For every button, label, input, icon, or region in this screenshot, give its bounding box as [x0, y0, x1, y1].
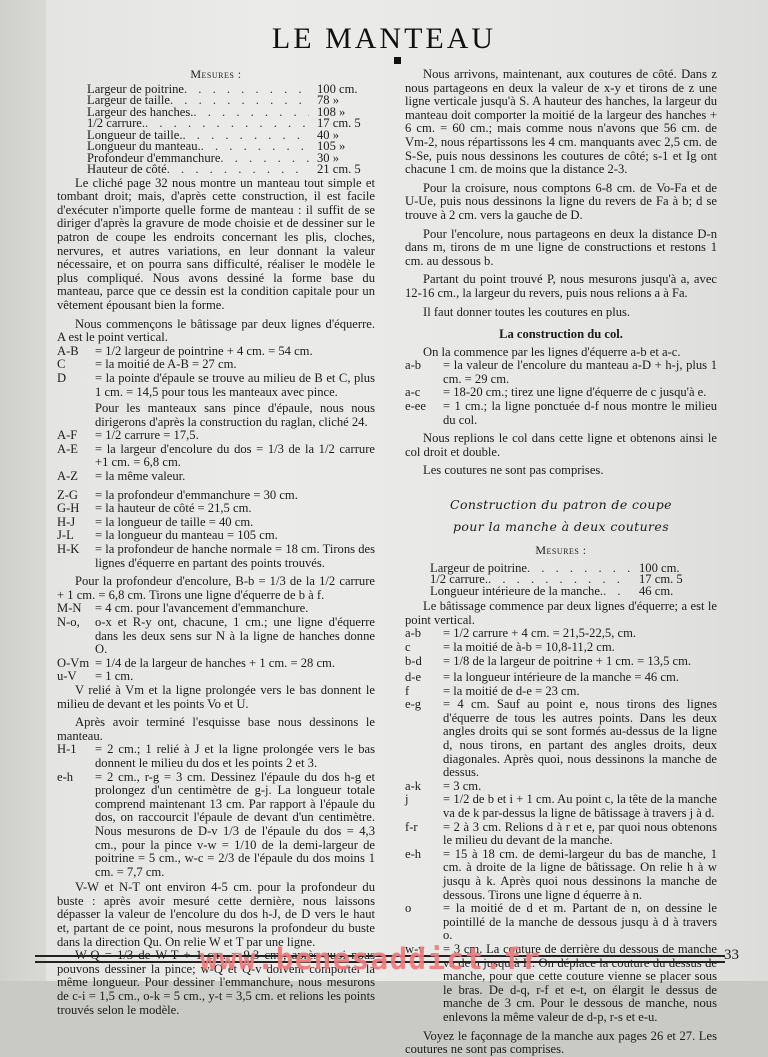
definition-key: J-L: [57, 529, 95, 543]
definition-key: H-1: [57, 743, 95, 770]
measures-table: Largeur de poitrine . . . . . . . . . . …: [57, 83, 375, 175]
measure-value: 17 cm. 5: [631, 573, 697, 585]
definition-value: = 1/2 largeur de pointrine + 4 cm. = 54 …: [95, 345, 375, 359]
definition-key: A-Z: [57, 470, 95, 484]
definition-value: = 1/8 de la largeur de poitrine + 1 cm. …: [443, 655, 717, 669]
definition-key: A-E: [57, 443, 95, 470]
definition-value: = la longueur intérieure de la manche = …: [443, 671, 717, 685]
definition-row: e-ee= 1 cm.; la ligne ponctuée d-f nous …: [405, 400, 717, 427]
measures-heading: Mesures :: [57, 68, 375, 82]
sleeve-heading-line-2: pour la manche à deux coutures: [405, 516, 717, 538]
leader-dots: . . . . . . . . . . . . . . . . . . . . …: [145, 117, 309, 129]
definition-key: j: [405, 793, 443, 820]
definition-row: d-e= la longueur intérieure de la manche…: [405, 671, 717, 685]
measure-row: 1/2 carrure. . . . . . . . . . . . . . .…: [430, 573, 697, 585]
definition-key: o: [405, 902, 443, 943]
definition-row: a-b= 1/2 carrure + 4 cm. = 21,5-22,5, cm…: [405, 627, 717, 641]
coutures-plus-paragraph: Il faut donner toutes les coutures en pl…: [405, 306, 717, 320]
measure-label: Longueur intérieure de la manche.: [430, 585, 603, 597]
definition-key: d-e: [405, 671, 443, 685]
definition-value: = 1/2 de b et i + 1 cm. Au point c, la t…: [443, 793, 717, 820]
measure-label: Largeur de taille: [87, 94, 170, 106]
definition-value: = 1 cm.; la ligne ponctuée d-f nous mont…: [443, 400, 717, 427]
definition-key: M-N: [57, 602, 95, 616]
definition-value: = 15 à 18 cm. de demi-largeur du bas de …: [443, 848, 717, 902]
definition-value: = la largeur d'encolure du dos = 1/3 de …: [95, 443, 375, 470]
measure-row: Hauteur de côté . . . . . . . . . . . . …: [87, 163, 375, 175]
leader-dots: . . . . . . . . . . . . . . . . . . . . …: [184, 83, 309, 95]
definition-key: b-d: [405, 655, 443, 669]
definition-key: e-g: [405, 698, 443, 780]
sleeve-definitions-2: d-e= la longueur intérieure de la manche…: [405, 671, 717, 981]
page-title: LE MANTEAU: [0, 22, 768, 56]
definition-value: = 1/4 de la largeur de hanches + 1 cm. =…: [95, 657, 375, 671]
definition-row: c= la moitié de à-b = 10,8-11,2 cm.: [405, 641, 717, 655]
definitions-group-4: M-N= 4 cm. pour l'avancement d'emmanchur…: [57, 602, 375, 684]
measure-label: 1/2 carrure.: [87, 117, 145, 129]
leader-dots: . . . . . . . . . . . . . . . . . . . . …: [201, 140, 309, 152]
measure-value: 21 cm. 5: [309, 163, 375, 175]
definition-row: H-K= la profondeur de hanche normale = 1…: [57, 543, 375, 570]
definition-row: M-N= 4 cm. pour l'avancement d'emmanchur…: [57, 602, 375, 616]
measure-label: Longueur du manteau.: [87, 140, 201, 152]
leader-dots: . . . . . . . . . . . . . . . . . . . . …: [167, 163, 309, 175]
definition-key: O-Vm: [57, 657, 95, 671]
definition-row: O-Vm= 1/4 de la largeur de hanches + 1 c…: [57, 657, 375, 671]
sleeve-batissage: Le bâtissage commence par deux lignes d'…: [405, 600, 717, 627]
definition-value: = la hauteur de côté = 21,5 cm.: [95, 502, 375, 516]
definition-value: = la moitié de d et m. Partant de n, on …: [443, 902, 717, 943]
measure-row: Largeur de taille . . . . . . . . . . . …: [87, 94, 375, 106]
definition-row: N-o,o-x et R-y ont, chacune, 1 cm.; une …: [57, 616, 375, 657]
definition-value: = 2 cm.; 1 relié à J et la ligne prolong…: [95, 743, 375, 770]
title-bullet-icon: [394, 57, 401, 64]
definition-row: A-B= 1/2 largeur de pointrine + 4 cm. = …: [57, 345, 375, 359]
definitions-group-2: A-F= 1/2 carrure = 17,5.A-E= la largeur …: [57, 429, 375, 483]
definition-key: C: [57, 358, 95, 372]
definition-key: e-ee: [405, 400, 443, 427]
definition-row: j= 1/2 de b et i + 1 cm. Au point c, la …: [405, 793, 717, 820]
watermark: www.benesaddict.fr: [200, 942, 541, 976]
croisure-paragraph: Pour la croisure, nous comptons 6-8 cm. …: [405, 182, 717, 223]
leader-dots: . . . . . . . . . . . . . . . . . . . . …: [170, 94, 309, 106]
definition-value: = 3 cm.: [443, 780, 717, 794]
col-intro: On la commence par les lignes d'équerre …: [405, 346, 717, 360]
definitions-group-3: Z-G= la profondeur d'emmanchure = 30 cm.…: [57, 489, 375, 571]
definition-row: H-1= 2 cm.; 1 relié à J et la ligne prol…: [57, 743, 375, 770]
definition-row: a-b= la valeur de l'encolure du manteau …: [405, 359, 717, 386]
col-definitions: a-b= la valeur de l'encolure du manteau …: [405, 359, 717, 427]
right-column: Nous arrivons, maintenant, aux coutures …: [405, 68, 717, 981]
sleeve-measures-heading: Mesures :: [405, 544, 717, 558]
definitions-group-5: H-1= 2 cm.; 1 relié à J et la ligne prol…: [57, 743, 375, 879]
definition-key: a-b: [405, 359, 443, 386]
encolure-paragraph: Pour la profondeur d'encolure, B-b = 1/3…: [57, 575, 375, 602]
definition-key: D: [57, 372, 95, 399]
encolure-paragraph: Pour l'encolure, nous partageons en deux…: [405, 228, 717, 269]
leader-dots: . . . . . . . . . . . . . . . . . . . . …: [527, 562, 631, 574]
measure-value: 46 cm.: [631, 585, 697, 597]
definition-row: H-J= la longueur de taille = 40 cm.: [57, 516, 375, 530]
definition-key: c: [405, 641, 443, 655]
definition-value: = la moitié de A-B = 27 cm.: [95, 358, 375, 372]
definition-value: = 2 cm., r-g = 3 cm. Dessinez l'épaule d…: [95, 771, 375, 880]
definition-value: = 2 à 3 cm. Relions d à r et e, par quoi…: [443, 821, 717, 848]
definition-value: = la pointe d'épaule se trouve au milieu…: [95, 372, 375, 399]
definition-row: A-E= la largeur d'encolure du dos = 1/3 …: [57, 443, 375, 470]
definition-key: f-r: [405, 821, 443, 848]
measure-label: 1/2 carrure.: [430, 573, 488, 585]
definition-row: e-g= 4 cm. Sauf au point e, nous tirons …: [405, 698, 717, 780]
definition-key: f: [405, 685, 443, 699]
definition-row: A-F= 1/2 carrure = 17,5.: [57, 429, 375, 443]
leader-dots: . . . . . . . . . . . . . . . . . . . . …: [488, 573, 631, 585]
col-heading: La construction du col.: [405, 328, 717, 342]
raglan-note: Pour les manteaux sans pince d'épaule, n…: [57, 402, 375, 429]
measure-label: Hauteur de côté: [87, 163, 167, 175]
col-replions: Nous replions le col dans cette ligne et…: [405, 432, 717, 459]
definition-key: H-K: [57, 543, 95, 570]
apres-paragraph: Après avoir terminé l'esquisse base nous…: [57, 716, 375, 743]
definition-key: A-F: [57, 429, 95, 443]
definition-row: Z-G= la profondeur d'emmanchure = 30 cm.: [57, 489, 375, 503]
definition-row: C= la moitié de A-B = 27 cm.: [57, 358, 375, 372]
point-p-paragraph: Partant du point trouvé P, nous mesurons…: [405, 273, 717, 300]
col-coutures: Les coutures ne sont pas comprises.: [405, 464, 717, 478]
definition-row: u-V= 1 cm.: [57, 670, 375, 684]
definition-value: = la longueur du manteau = 105 cm.: [95, 529, 375, 543]
definition-row: J-L= la longueur du manteau = 105 cm.: [57, 529, 375, 543]
definition-key: Z-G: [57, 489, 95, 503]
definitions-group-1: A-B= 1/2 largeur de pointrine + 4 cm. = …: [57, 345, 375, 399]
definition-row: a-c= 18-20 cm.; tirez une ligne d'équerr…: [405, 386, 717, 400]
definition-row: A-Z= la même valeur.: [57, 470, 375, 484]
definition-row: e-h= 15 à 18 cm. de demi-largeur du bas …: [405, 848, 717, 902]
definition-key: N-o,: [57, 616, 95, 657]
definition-value: = la valeur de l'encolure du manteau a-D…: [443, 359, 717, 386]
measure-row: 1/2 carrure. . . . . . . . . . . . . . .…: [87, 117, 375, 129]
intro-paragraph: Le cliché page 32 nous montre un manteau…: [57, 177, 375, 313]
definition-value: = la longueur de taille = 40 cm.: [95, 516, 375, 530]
leader-dots: . . . . . . . . . . . . . . . . . . . . …: [193, 106, 309, 118]
definition-value: o-x et R-y ont, chacune, 1 cm.; une lign…: [95, 616, 375, 657]
definition-key: G-H: [57, 502, 95, 516]
leader-dots: . . . . . . . . . . . . . . . . . . . . …: [220, 152, 309, 164]
sleeve-definitions-1: a-b= 1/2 carrure + 4 cm. = 21,5-22,5, cm…: [405, 627, 717, 668]
definition-value: = 1/2 carrure + 4 cm. = 21,5-22,5, cm.: [443, 627, 717, 641]
definition-row: D= la pointe d'épaule se trouve au milie…: [57, 372, 375, 399]
measure-value: 105 »: [309, 140, 375, 152]
page-gutter: [0, 0, 46, 981]
measure-value: 17 cm. 5: [309, 117, 375, 129]
definition-key: a-b: [405, 627, 443, 641]
definition-value: = 4 cm. pour l'avancement d'emmanchure.: [95, 602, 375, 616]
definition-value: = la profondeur d'emmanchure = 30 cm.: [95, 489, 375, 503]
definition-row: G-H= la hauteur de côté = 21,5 cm.: [57, 502, 375, 516]
definition-key: a-k: [405, 780, 443, 794]
sleeve-heading-line-1: Construction du patron de coupe: [405, 494, 717, 516]
definition-value: = la moitié de à-b = 10,8-11,2 cm.: [443, 641, 717, 655]
definition-value: = 1 cm.: [95, 670, 375, 684]
definition-key: A-B: [57, 345, 95, 359]
definition-row: f-r= 2 à 3 cm. Relions d à r et e, par q…: [405, 821, 717, 848]
leader-dots: . . . . . . . . . . . . . . . . . . . . …: [603, 585, 631, 597]
definition-key: e-h: [57, 771, 95, 880]
definition-row: a-k= 3 cm.: [405, 780, 717, 794]
definition-value: = la moitié de d-e = 23 cm.: [443, 685, 717, 699]
definition-row: f= la moitié de d-e = 23 cm.: [405, 685, 717, 699]
definition-value: = 1/2 carrure = 17,5.: [95, 429, 375, 443]
measure-value: 78 »: [309, 94, 375, 106]
coutures-cote-paragraph: Nous arrivons, maintenant, aux coutures …: [405, 68, 717, 177]
definition-value: = la même valeur.: [95, 470, 375, 484]
vw-nt-paragraph: V-W et N-T ont environ 4-5 cm. pour la p…: [57, 881, 375, 949]
definition-value: = 18-20 cm.; tirez une ligne d'équerre d…: [443, 386, 717, 400]
definition-key: H-J: [57, 516, 95, 530]
definition-key: e-h: [405, 848, 443, 902]
measure-row: Longueur intérieure de la manche. . . . …: [430, 585, 697, 597]
page-number: 33: [724, 947, 739, 964]
left-column: Mesures : Largeur de poitrine . . . . . …: [57, 68, 375, 981]
definition-key: a-c: [405, 386, 443, 400]
definition-value: = 4 cm. Sauf au point e, nous tirons des…: [443, 698, 717, 780]
sleeve-measures-table: Largeur de poitrine . . . . . . . . . . …: [405, 562, 717, 597]
definition-row: e-h= 2 cm., r-g = 3 cm. Dessinez l'épaul…: [57, 771, 375, 880]
measure-row: Longueur du manteau. . . . . . . . . . .…: [87, 140, 375, 152]
v-vm-paragraph: V relié à Vm et la ligne prolongée vers …: [57, 684, 375, 711]
definition-row: o= la moitié de d et m. Partant de n, on…: [405, 902, 717, 943]
start-paragraph: Nous commençons le bâtissage par deux li…: [57, 318, 375, 345]
leader-dots: . . . . . . . . . . . . . . . . . . . . …: [182, 129, 309, 141]
definition-value: = la profondeur de hanche normale = 18 c…: [95, 543, 375, 570]
definition-key: u-V: [57, 670, 95, 684]
definition-row: b-d= 1/8 de la largeur de poitrine + 1 c…: [405, 655, 717, 669]
